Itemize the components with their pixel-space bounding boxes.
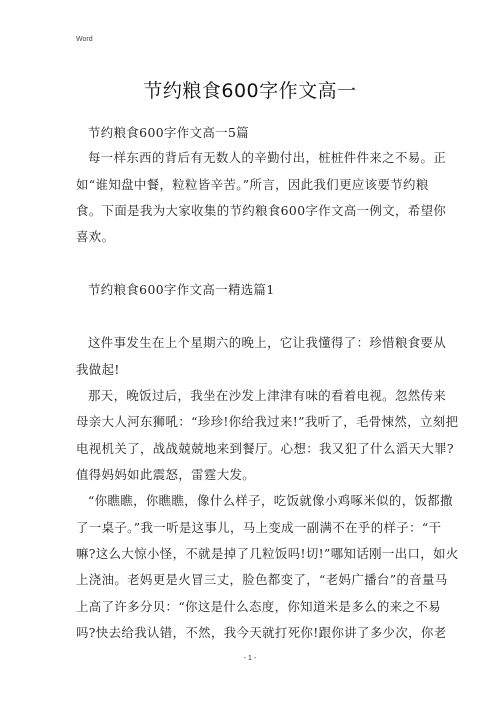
body-line: 那天，晚饭过后，我坐在沙发上津津有味的看着电视。忽然传来 [88, 388, 428, 404]
body-line: 电视机关了，战战兢兢地来到餐厅。心想：我又犯了什么滔天大罪? [76, 441, 416, 457]
intro-line: 食。下面是我为大家收集的节约粮食600字作文高一例文，希望你 [76, 203, 416, 219]
intro-line: 如“谁知盘中餐，粒粒皆辛苦。”所言，因此我们更应该要节约粮 [76, 177, 416, 193]
intro-line: 每一样东西的背后有无数人的辛勤付出，桩桩件件来之不易。正 [88, 150, 428, 166]
body-line: 上浇油。老妈更是火冒三丈，脸色都变了，“老妈广播台”的音量马 [76, 572, 416, 588]
body-line: 了一桌子。”我一听是这事儿，马上变成一副满不在乎的样子：“干 [76, 520, 416, 536]
body-line: 嘛?这么大惊小怪，不就是掉了几粒饭吗!切!”哪知话刚一出口，如火 [76, 546, 416, 562]
intro-line: 喜欢。 [76, 229, 416, 245]
body-line: “你瞧瞧，你瞧瞧，像什么样子，吃饭就像小鸡啄米似的，饭都撒 [88, 493, 428, 509]
section-heading: 节约粮食600字作文高一精选篇1 [88, 282, 428, 298]
body-line: 值得妈妈如此震怒，雷霆大发。 [76, 467, 416, 483]
body-line: 上高了许多分贝：“你这是什么态度，你知道米是多么的来之不易 [76, 599, 416, 615]
document-title: 节约粮食600字作文高一 [0, 76, 500, 103]
body-line: 我做起! [76, 362, 416, 378]
intro-heading: 节约粮食600字作文高一5篇 [88, 125, 428, 141]
body-line: 这件事发生在上个星期六的晚上，它让我懂得了：珍惜粮食要从 [88, 335, 428, 351]
body-line: 母亲大人河东狮吼：“珍珍!你给我过来!”我听了，毛骨悚然，立刻把 [76, 414, 416, 430]
page-number: - 1 - [0, 655, 500, 662]
document-header-label: Word [76, 36, 93, 43]
body-line: 吗?快去给我认错，不然，我今天就打死你!跟你讲了多少次，你老 [76, 625, 416, 641]
